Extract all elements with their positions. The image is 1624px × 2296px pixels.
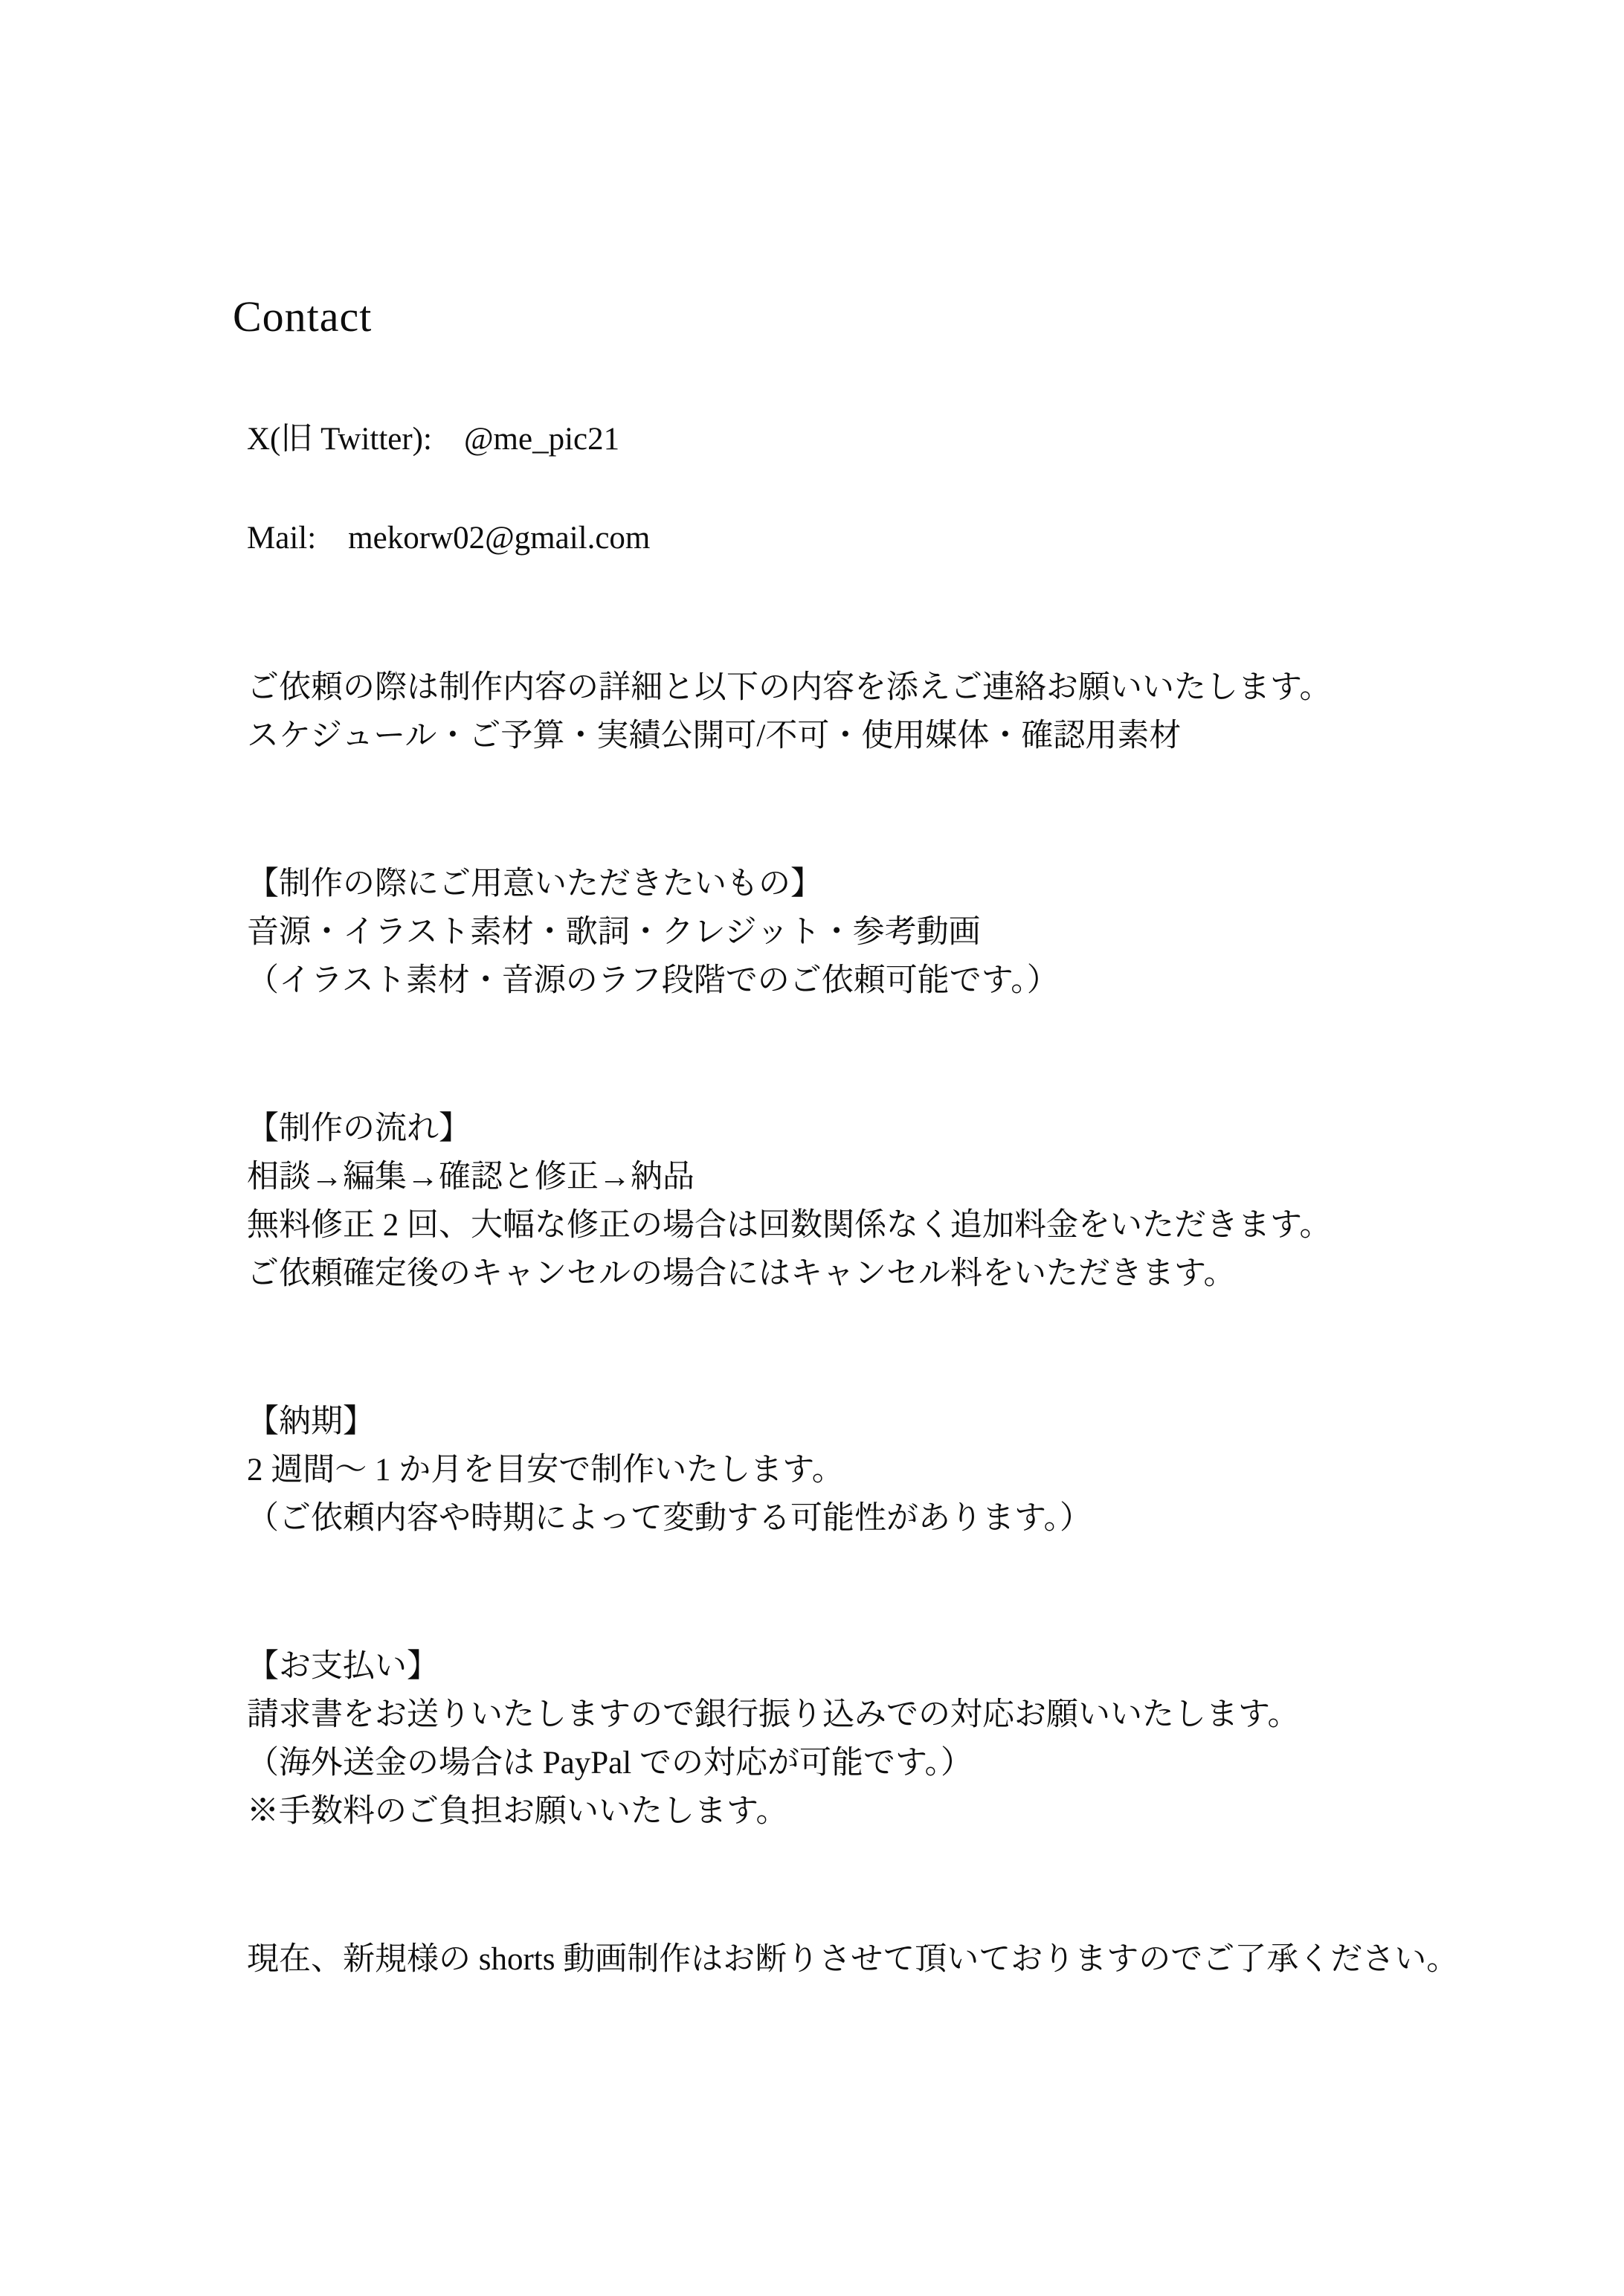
section-materials-heading: 【制作の際にご用意いただきたいもの】 <box>247 860 1505 908</box>
section-payment-fee-note: ※手数料のご負担お願いいたします。 <box>247 1787 1505 1836</box>
mail-address-line: Mail: mekorw02@gmail.com <box>247 514 1505 562</box>
section-delivery-note: （ご依頼内容や時期によって変動する可能性があります。） <box>247 1494 1505 1543</box>
section-materials-line: 音源・イラスト素材・歌詞・クレジット・参考動画 <box>247 908 1505 956</box>
twitter-handle-line: X(旧 Twitter): @me_pic21 <box>247 415 1505 463</box>
request-intro-block: ご依頼の際は制作内容の詳細と以下の内容を添えご連絡お願いいたします。 スケジュー… <box>247 663 1505 760</box>
section-workflow-cancel-policy: ご依頼確定後のキャンセルの場合にはキャンセル料をいただきます。 <box>247 1250 1505 1298</box>
section-materials: 【制作の際にご用意いただきたいもの】 音源・イラスト素材・歌詞・クレジット・参考… <box>247 860 1505 1005</box>
section-workflow-steps: 相談→編集→確認と修正→納品 <box>247 1153 1505 1201</box>
section-delivery-heading: 【納期】 <box>247 1398 1505 1446</box>
section-workflow: 【制作の流れ】 相談→編集→確認と修正→納品 無料修正 2 回、大幅な修正の場合… <box>247 1104 1505 1298</box>
section-payment-heading: 【お支払い】 <box>247 1642 1505 1691</box>
section-payment: 【お支払い】 請求書をお送りいたしますので銀行振り込みでの対応お願いいたします。… <box>247 1642 1505 1836</box>
section-payment-paypal-note: （海外送金の場合は PayPal での対応が可能です。） <box>247 1739 1505 1787</box>
request-required-info-line: スケジュール・ご予算・実績公開可/不可・使用媒体・確認用素材 <box>247 712 1505 760</box>
section-materials-note: （イラスト素材・音源のラフ段階でのご依頼可能です。） <box>247 956 1505 1005</box>
section-workflow-revision-policy: 無料修正 2 回、大幅な修正の場合は回数関係なく追加料金をいただきます。 <box>247 1201 1505 1250</box>
section-delivery: 【納期】 2 週間～ 1 か月を目安で制作いたします。 （ご依頼内容や時期によっ… <box>247 1398 1505 1543</box>
section-workflow-heading: 【制作の流れ】 <box>247 1104 1505 1153</box>
contact-document-page: Contact X(旧 Twitter): @me_pic21 Mail: me… <box>0 0 1624 2296</box>
shorts-notice-line: 現在、新規様の shorts 動画制作はお断りさせて頂いておりますのでご了承くだ… <box>247 1935 1505 1984</box>
request-intro-line: ご依頼の際は制作内容の詳細と以下の内容を添えご連絡お願いいたします。 <box>247 663 1505 712</box>
section-payment-method: 請求書をお送りいたしますので銀行振り込みでの対応お願いいたします。 <box>247 1691 1505 1739</box>
page-title: Contact <box>233 290 1505 344</box>
section-delivery-timeframe: 2 週間～ 1 か月を目安で制作いたします。 <box>247 1446 1505 1494</box>
